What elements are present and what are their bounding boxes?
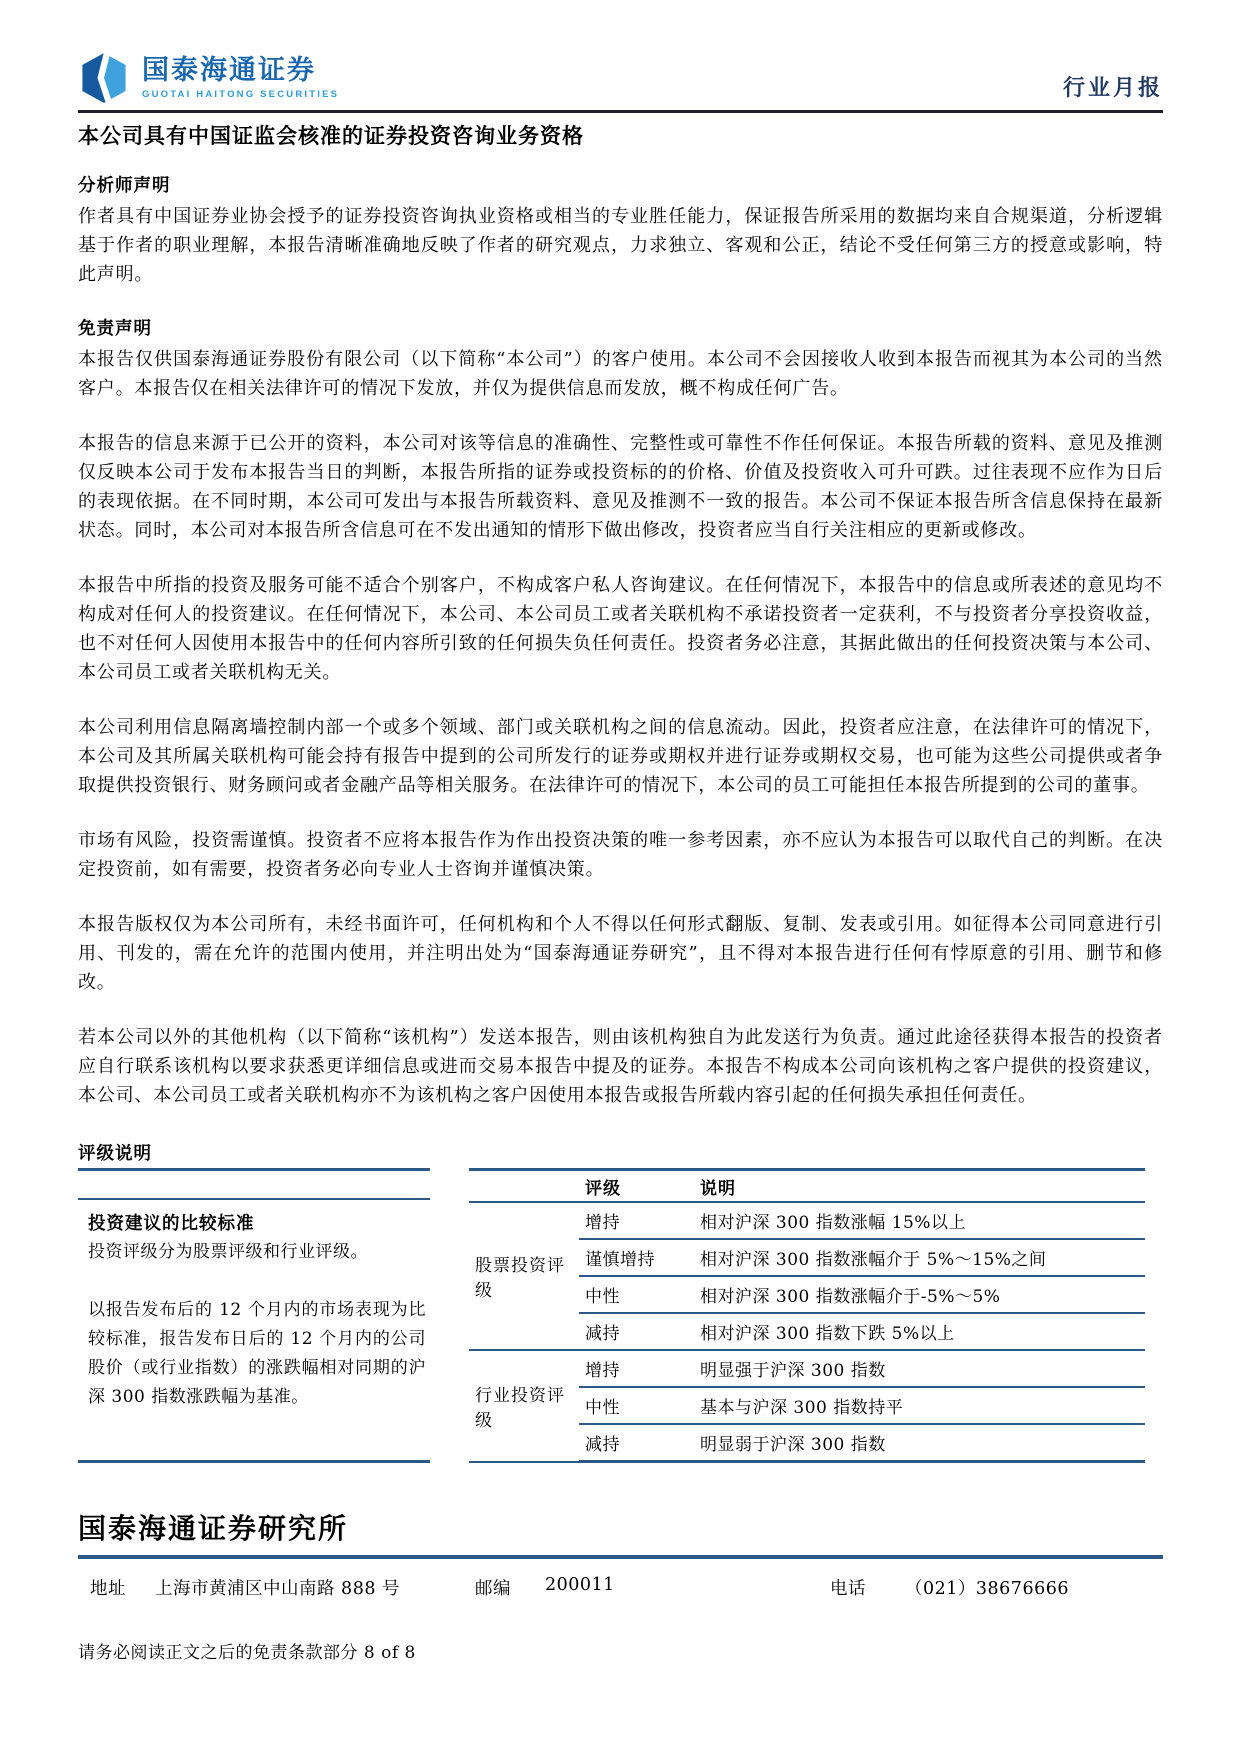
disclaimer-paragraph: 本报告版权仅为本公司所有，未经书面许可，任何机构和个人不得以任何形式翻版、复制、… (78, 910, 1163, 997)
rating-cell: 谨慎增持 (579, 1239, 694, 1276)
rating-criteria-panel: 投资建议的比较标准 投资评级分为股票评级和行业评级。 以报告发布后的 12 个月… (78, 1168, 430, 1463)
report-type-label: 行业月报 (1063, 71, 1163, 104)
criteria-header-space (78, 1171, 430, 1198)
description-cell: 相对沪深 300 指数涨幅介于 5%～15%之间 (694, 1239, 1145, 1276)
rating-section-heading: 评级说明 (78, 1140, 1163, 1165)
address-value: 上海市黄浦区中山南路 888 号 (155, 1575, 475, 1600)
report-page: 国泰海通证券 GUOTAI HAITONG SECURITIES 行业月报 本公… (0, 0, 1241, 1754)
disclaimer-paragraph: 市场有风险，投资需谨慎。投资者不应将本报告作为作出投资决策的唯一参考因素，亦不应… (78, 826, 1163, 884)
company-name-cn: 国泰海通证券 (142, 56, 339, 86)
zip-value: 200011 (545, 1575, 830, 1600)
stock-rating-category: 股票投资评级 (469, 1202, 579, 1350)
rating-table-header-rating: 评级 (579, 1170, 694, 1203)
institute-rule (78, 1555, 1163, 1559)
page-footer-disclaimer: 请务必阅读正文之后的免责条款部分 8 of 8 (78, 1638, 416, 1663)
page-header: 国泰海通证券 GUOTAI HAITONG SECURITIES 行业月报 (78, 52, 1163, 113)
description-cell: 相对沪深 300 指数涨幅 15%以上 (694, 1202, 1145, 1239)
disclaimer-paragraph: 本报告仅供国泰海通证券股份有限公司（以下简称“本公司”）的客户使用。本公司不会因… (78, 345, 1163, 403)
rating-cell: 中性 (579, 1387, 694, 1424)
criteria-body: 投资建议的比较标准 投资评级分为股票评级和行业评级。 以报告发布后的 12 个月… (78, 1200, 430, 1460)
rating-table-header-empty (469, 1170, 579, 1203)
disclaimer-heading: 免责声明 (78, 315, 1163, 340)
zip-label: 邮编 (475, 1575, 545, 1600)
rating-table: 评级 说明 股票投资评级 增持 相对沪深 300 指数涨幅 15%以上 谨慎增持… (469, 1168, 1145, 1463)
description-cell: 相对沪深 300 指数下跌 5%以上 (694, 1313, 1145, 1350)
rating-cell: 增持 (579, 1350, 694, 1387)
rating-table-header-row: 评级 说明 (469, 1170, 1145, 1203)
description-cell: 明显弱于沪深 300 指数 (694, 1424, 1145, 1462)
table-row: 股票投资评级 增持 相对沪深 300 指数涨幅 15%以上 (469, 1202, 1145, 1239)
industry-rating-category: 行业投资评级 (469, 1350, 579, 1462)
disclaimer-paragraph: 本报告中所指的投资及服务可能不适合个别客户，不构成客户私人咨询建议。在任何情况下… (78, 571, 1163, 687)
company-name-en: GUOTAI HAITONG SECURITIES (142, 89, 339, 100)
rating-cell: 中性 (579, 1276, 694, 1313)
analyst-statement-body: 作者具有中国证券业协会授予的证券投资咨询执业资格或相当的专业胜任能力，保证报告所… (78, 202, 1163, 289)
rating-table-header-description: 说明 (694, 1170, 1145, 1203)
criteria-line2: 以报告发布后的 12 个月内的市场表现为比较标准，报告发布日后的 12 个月内的… (88, 1296, 426, 1412)
disclaimer-paragraph: 本报告的信息来源于已公开的资料，本公司对该等信息的准确性、完整性或可靠性不作任何… (78, 429, 1163, 545)
rating-cell: 减持 (579, 1313, 694, 1350)
company-logo-text: 国泰海通证券 GUOTAI HAITONG SECURITIES (142, 56, 339, 100)
criteria-line1: 投资评级分为股票评级和行业评级。 (88, 1238, 426, 1267)
analyst-statement-heading: 分析师声明 (78, 172, 1163, 197)
criteria-title: 投资建议的比较标准 (88, 1210, 426, 1235)
rating-cell: 增持 (579, 1202, 694, 1239)
rating-area: 投资建议的比较标准 投资评级分为股票评级和行业评级。 以报告发布后的 12 个月… (78, 1168, 1163, 1463)
phone-value: （021）38676666 (905, 1575, 1163, 1600)
company-logo: 国泰海通证券 GUOTAI HAITONG SECURITIES (78, 52, 339, 104)
phone-label: 电话 (830, 1575, 905, 1600)
rating-cell: 减持 (579, 1424, 694, 1462)
description-cell: 相对沪深 300 指数涨幅介于-5%～5% (694, 1276, 1145, 1313)
disclaimer-paragraph: 若本公司以外的其他机构（以下简称“该机构”）发送本报告，则由该机构独自为此发送行… (78, 1023, 1163, 1110)
company-logo-icon (78, 52, 130, 104)
qualification-title: 本公司具有中国证监会核准的证券投资咨询业务资格 (78, 120, 1163, 150)
description-cell: 明显强于沪深 300 指数 (694, 1350, 1145, 1387)
description-cell: 基本与沪深 300 指数持平 (694, 1387, 1145, 1424)
institute-name: 国泰海通证券研究所 (78, 1507, 1163, 1547)
page-content: 国泰海通证券 GUOTAI HAITONG SECURITIES 行业月报 本公… (0, 0, 1241, 1600)
table-row: 行业投资评级 增持 明显强于沪深 300 指数 (469, 1350, 1145, 1387)
address-label: 地址 (90, 1575, 155, 1600)
disclaimer-paragraph: 本公司利用信息隔离墙控制内部一个或多个领域、部门或关联机构之间的信息流动。因此，… (78, 713, 1163, 800)
institute-contact-row: 地址 上海市黄浦区中山南路 888 号 邮编 200011 电话 （021）38… (78, 1575, 1163, 1600)
